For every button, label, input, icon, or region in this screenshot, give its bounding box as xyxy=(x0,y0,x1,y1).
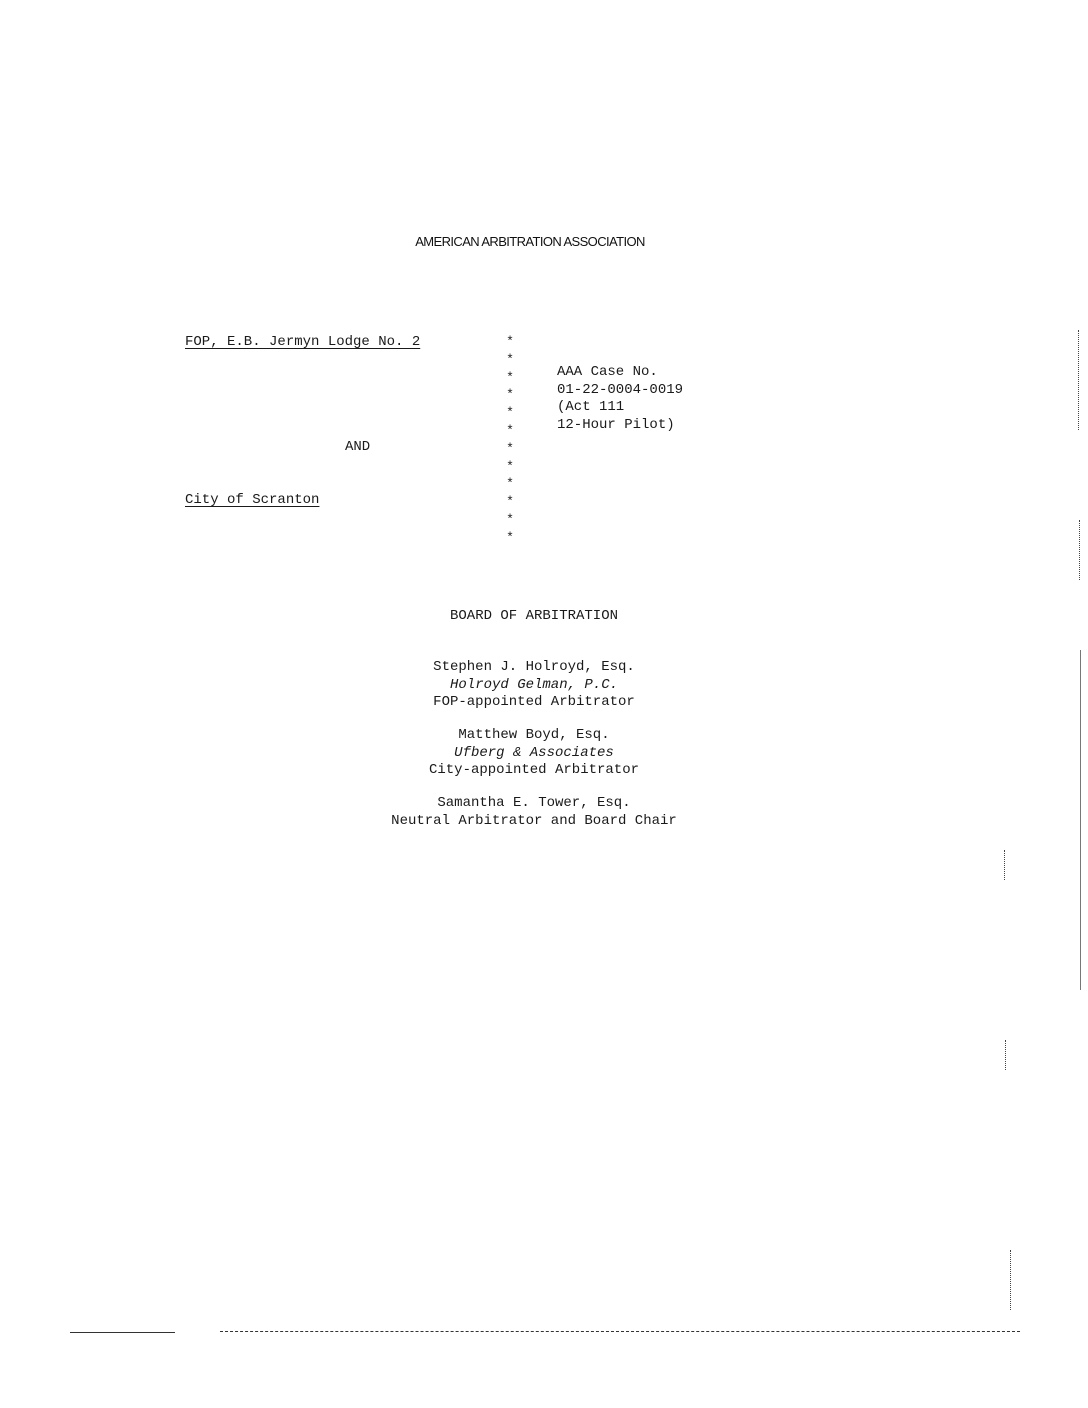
separator-star: * xyxy=(504,404,516,422)
separator-star: * xyxy=(504,475,516,493)
party-one: FOP, E.B. Jermyn Lodge No. 2 xyxy=(185,334,420,352)
separator-star: * xyxy=(504,529,516,547)
separator-star: * xyxy=(504,351,516,369)
separator-star: * xyxy=(504,511,516,529)
scan-edge-artifact xyxy=(1005,1040,1006,1070)
bottom-scan-line xyxy=(220,1331,1020,1332)
scan-edge-artifact xyxy=(1010,1250,1011,1310)
separator-star: * xyxy=(504,440,516,458)
case-info-line: AAA Case No. xyxy=(557,364,683,382)
separator-star: * xyxy=(504,493,516,511)
scan-edge-artifact xyxy=(1078,330,1079,430)
scan-edge-artifact xyxy=(1079,520,1080,580)
member-role: City-appointed Arbitrator xyxy=(0,762,1068,780)
member-name: Matthew Boyd, Esq. xyxy=(0,727,1068,745)
board-member: Matthew Boyd, Esq. Ufberg & Associates C… xyxy=(0,727,1068,780)
case-info-line: (Act 111 xyxy=(557,399,683,417)
separator-star: * xyxy=(504,333,516,351)
organization-heading: AMERICAN ARBITRATION ASSOCIATION xyxy=(0,234,1060,249)
board-title: BOARD OF ARBITRATION xyxy=(0,608,1068,626)
separator-star: * xyxy=(504,422,516,440)
conjunction-and: AND xyxy=(345,439,370,457)
scan-edge-artifact xyxy=(1080,650,1081,990)
party-two: City of Scranton xyxy=(185,492,319,510)
member-role: Neutral Arbitrator and Board Chair xyxy=(0,813,1068,831)
board-member: Samantha E. Tower, Esq. Neutral Arbitrat… xyxy=(0,795,1068,830)
caption-separator-stars: ************ xyxy=(504,333,516,547)
member-name: Samantha E. Tower, Esq. xyxy=(0,795,1068,813)
case-info: AAA Case No. 01-22-0004-0019 (Act 111 12… xyxy=(557,364,683,434)
case-number: 01-22-0004-0019 xyxy=(557,382,683,400)
bottom-scan-line xyxy=(70,1332,175,1333)
member-firm: Holroyd Gelman, P.C. xyxy=(0,677,1068,695)
document-page: AMERICAN ARBITRATION ASSOCIATION FOP, E.… xyxy=(0,0,1088,1408)
separator-star: * xyxy=(504,369,516,387)
separator-star: * xyxy=(504,458,516,476)
case-info-line: 12-Hour Pilot) xyxy=(557,417,683,435)
separator-star: * xyxy=(504,386,516,404)
member-role: FOP-appointed Arbitrator xyxy=(0,694,1068,712)
member-name: Stephen J. Holroyd, Esq. xyxy=(0,659,1068,677)
scan-edge-artifact xyxy=(1004,850,1005,880)
board-member: Stephen J. Holroyd, Esq. Holroyd Gelman,… xyxy=(0,659,1068,712)
member-firm: Ufberg & Associates xyxy=(0,745,1068,763)
